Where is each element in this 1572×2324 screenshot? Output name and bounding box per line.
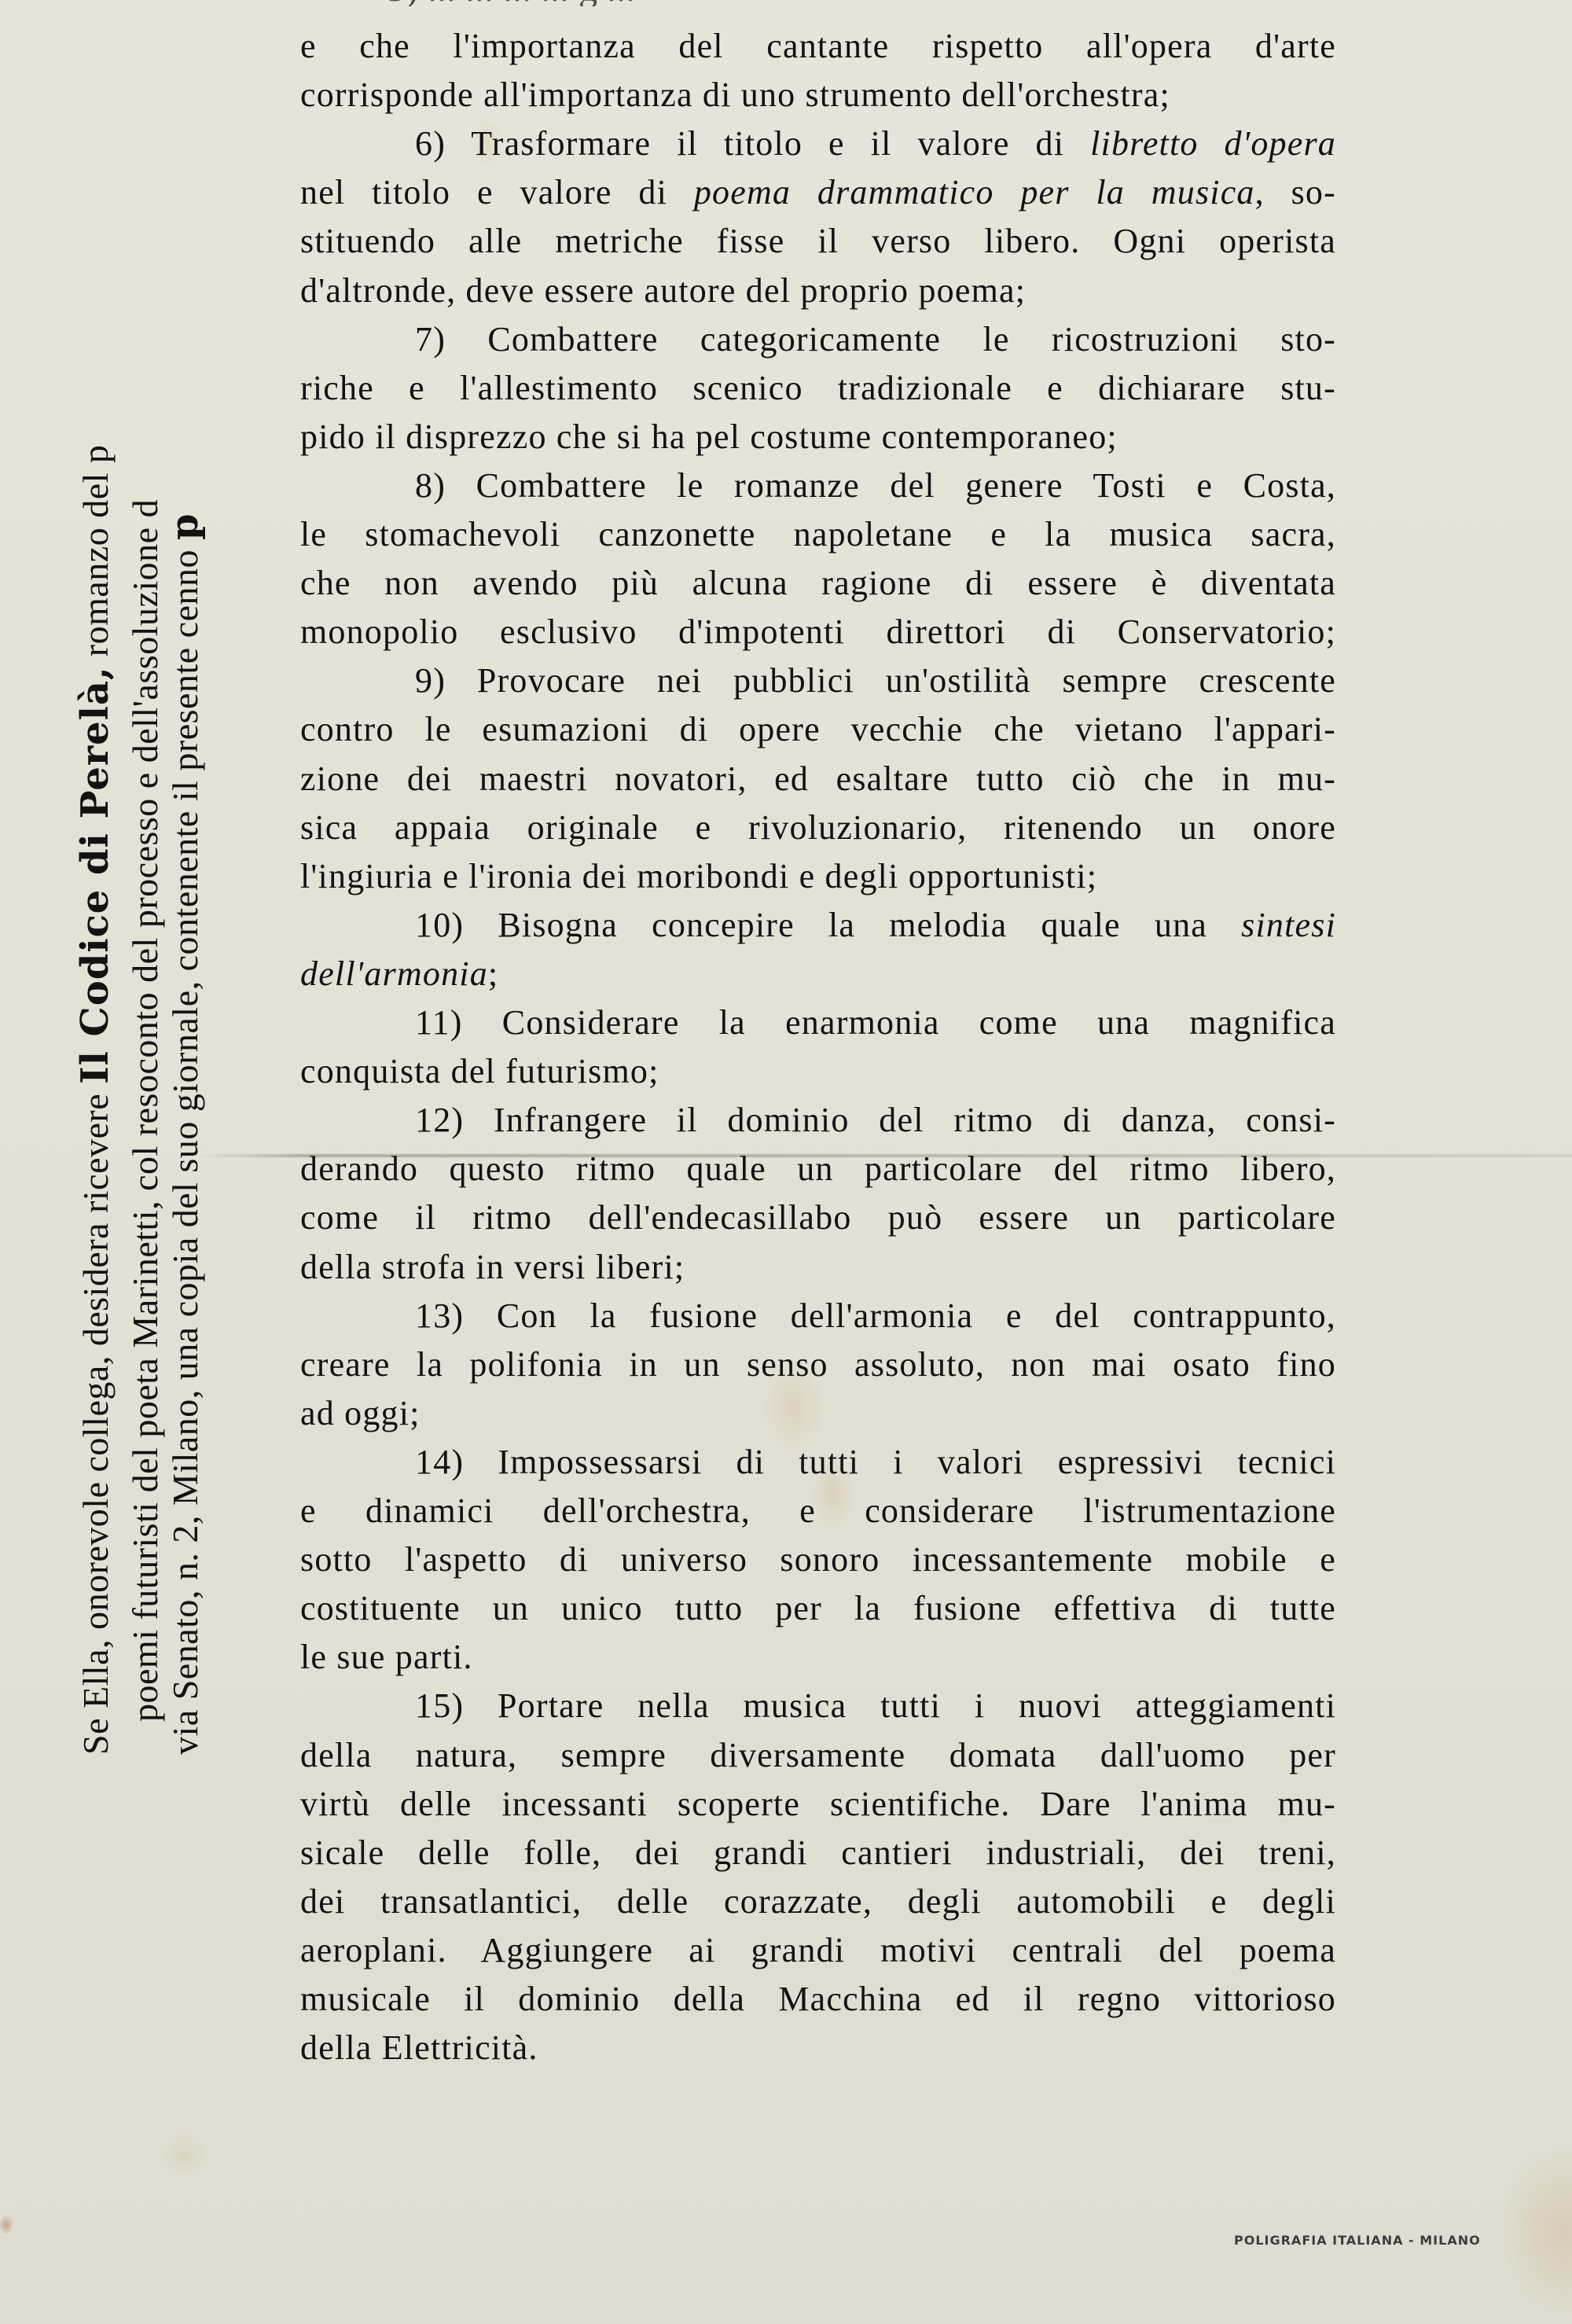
- body-line: 13) Con la fusione dell'armonia e del co…: [300, 1292, 1336, 1340]
- body-line: 12) Infrangere il dominio del ritmo di d…: [300, 1096, 1336, 1145]
- body-line: monopolio esclusivo d'impotenti direttor…: [300, 608, 1336, 656]
- sidebar-line-3-prefix: via Senato, n. 2, Milano, una copia del …: [165, 540, 205, 1755]
- line-text: 6) Trasformare il titolo e il valore di: [415, 124, 1090, 163]
- body-line: 6) Trasformare il titolo e il valore di …: [300, 120, 1336, 168]
- body-line: conquista del futurismo;: [300, 1047, 1336, 1096]
- italic-phrase: poema drammatico per la musica: [694, 173, 1255, 211]
- body-line: le sue parti.: [300, 1633, 1336, 1682]
- sidebar-line-1-prefix: Se Ella, onorevole collega, desidera ric…: [75, 1084, 116, 1755]
- body-line: sica appaia originale e rivoluzionario, …: [300, 803, 1336, 852]
- sidebar-line-3-bold: p: [163, 513, 207, 540]
- body-line: della Elettricità.: [300, 2024, 1336, 2072]
- body-line: dei transatlantici, delle corazzate, deg…: [300, 1877, 1336, 1926]
- body-line: costituente un unico tutto per la fusion…: [300, 1584, 1336, 1633]
- body-line: derando questo ritmo quale un particolar…: [300, 1145, 1336, 1193]
- sidebar-line-1: Se Ella, onorevole collega, desidera ric…: [77, 445, 114, 1755]
- body-line: pido il disprezzo che si ha pel costume …: [300, 413, 1336, 461]
- body-line: 15) Portare nella musica tutti i nuovi a…: [300, 1682, 1336, 1730]
- italic-phrase: sintesi: [1241, 906, 1336, 944]
- body-line: corrisponde all'importanza di uno strume…: [300, 71, 1336, 120]
- body-line: che non avendo più alcuna ragione di ess…: [300, 559, 1336, 608]
- body-line: 10) Bisogna concepire la melodia quale u…: [300, 901, 1336, 950]
- body-line: contro le esumazioni di opere vecchie ch…: [300, 705, 1336, 754]
- body-line: 14) Impossessarsi di tutti i valori espr…: [300, 1438, 1336, 1487]
- body-line: ad oggi;: [300, 1389, 1336, 1438]
- body-line: sicale delle folle, dei grandi cantieri …: [300, 1829, 1336, 1877]
- body-line: 9) Provocare nei pubblici un'ostilità se…: [300, 656, 1336, 705]
- body-line: d'altronde, deve essere autore del propr…: [300, 267, 1336, 315]
- body-line: virtù delle incessanti scoperte scientif…: [300, 1780, 1336, 1829]
- body-line: l'ingiuria e l'ironia dei moribondi e de…: [300, 852, 1336, 901]
- printer-mark: POLIGRAFIA ITALIANA - MILANO: [1234, 2233, 1481, 2248]
- body-line: 11) Considerare la enarmonia come una ma…: [300, 998, 1336, 1047]
- body-line: 7) Combattere categoricamente le ricostr…: [300, 315, 1336, 364]
- italic-phrase: dell'armonia: [300, 954, 488, 993]
- body-line: 8) Combattere le romanze del genere Tost…: [300, 461, 1336, 510]
- body-line: dell'armonia;: [300, 950, 1336, 998]
- body-line: aeroplani. Aggiungere ai grandi motivi c…: [300, 1926, 1336, 1975]
- clipped-top-line: 5) ... ... ... ... g ...: [387, 0, 1330, 6]
- body-line: e che l'importanza del cantante rispetto…: [300, 22, 1336, 71]
- body-line: le stomachevoli canzonette napoletane e …: [300, 510, 1336, 559]
- body-line: musicale il dominio della Macchina ed il…: [300, 1975, 1336, 2024]
- body-line: come il ritmo dell'endecasillabo può ess…: [300, 1193, 1336, 1242]
- sidebar-line-1-suffix: romanzo del p: [75, 445, 116, 667]
- body-line: zione dei maestri novatori, ed esaltare …: [300, 755, 1336, 803]
- body-line: della natura, sempre diversamente domata…: [300, 1731, 1336, 1780]
- line-text: , so-: [1255, 173, 1336, 211]
- line-text: ;: [488, 954, 498, 993]
- body-line: della strofa in versi liberi;: [300, 1243, 1336, 1292]
- sidebar-line-2: poemi futuristi del poeta Marinetti, col…: [127, 499, 163, 1722]
- body-line: nel titolo e valore di poema drammatico …: [300, 168, 1336, 217]
- sidebar-line-3: via Senato, n. 2, Milano, una copia del …: [167, 513, 204, 1755]
- body-line: e dinamici dell'orchestra, e considerare…: [300, 1487, 1336, 1535]
- book-title-bold: Il Codice di Perelà,: [73, 666, 117, 1084]
- italic-phrase: libretto d'opera: [1090, 124, 1336, 163]
- line-text: nel titolo e valore di: [300, 173, 694, 211]
- body-line: stituendo alle metriche fisse il verso l…: [300, 217, 1336, 266]
- body-line: sotto l'aspetto di universo sonoro inces…: [300, 1535, 1336, 1584]
- body-line: creare la polifonia in un senso assoluto…: [300, 1340, 1336, 1389]
- body-line: riche e l'allestimento scenico tradizion…: [300, 364, 1336, 413]
- rotated-sidebar-notice: Se Ella, onorevole collega, desidera ric…: [0, 0, 236, 2324]
- line-text: 10) Bisogna concepire la melodia quale u…: [415, 906, 1241, 944]
